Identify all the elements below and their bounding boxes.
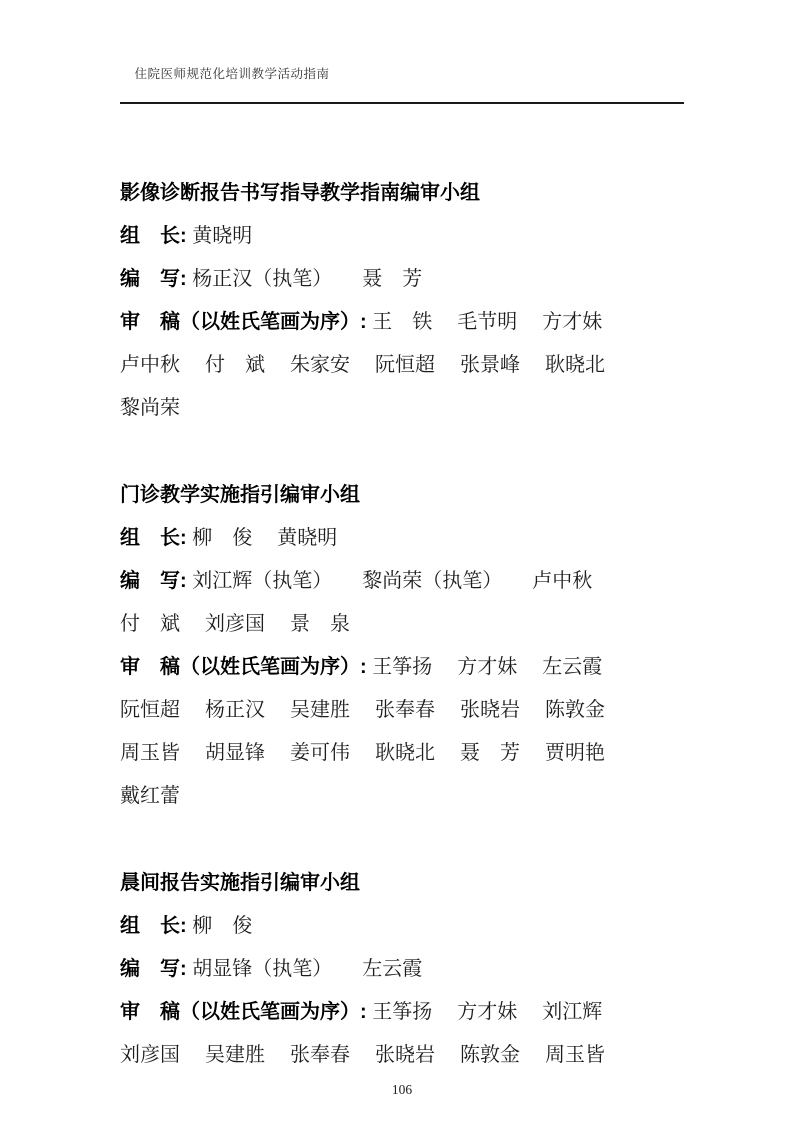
text-line: 刘彦国 吴建胜 张奉春 张晓岩 陈敦金 周玉皆 <box>120 1034 684 1077</box>
name-list: 周玉皆 胡显锋 姜可伟 耿晓北 聂 芳 贾明艳 <box>120 742 605 764</box>
role-label: 编 写: <box>120 958 192 980</box>
text-line: 审 稿（以姓氏笔画为序）: 王筝扬 方才妹 刘江辉 <box>120 991 684 1034</box>
name-list: 阮恒超 杨正汉 吴建胜 张奉春 张晓岩 陈敦金 <box>120 699 605 721</box>
name-list: 胡显锋（执笔） 左云霞 <box>192 958 422 980</box>
name-list: 黄晓明 <box>192 225 252 247</box>
name-list: 柳 俊 <box>192 915 252 937</box>
text-line: 组 长: 柳 俊 黄晓明 <box>120 517 684 560</box>
page-number: 106 <box>392 1082 412 1097</box>
role-label: 审 稿（以姓氏笔画为序）: <box>120 311 372 333</box>
section-title: 影像诊断报告书写指导教学指南编审小组 <box>120 172 684 215</box>
name-list: 刘江辉（执笔） 黎尚荣（执笔） 卢中秋 <box>192 570 592 592</box>
page-footer: 106 <box>120 1081 684 1099</box>
text-line: 组 长: 柳 俊 <box>120 905 684 948</box>
name-list: 戴红蕾 <box>120 785 180 807</box>
page-content: 影像诊断报告书写指导教学指南编审小组 组 长: 黄晓明 编 写: 杨正汉（执笔）… <box>120 104 684 1077</box>
text-line: 组 长: 黄晓明 <box>120 215 684 258</box>
text-line: 戴红蕾 <box>120 775 684 818</box>
name-list: 柳 俊 黄晓明 <box>192 527 337 549</box>
role-label: 审 稿（以姓氏笔画为序）: <box>120 1001 372 1023</box>
text-line: 编 写: 胡显锋（执笔） 左云霞 <box>120 948 684 991</box>
text-line: 卢中秋 付 斌 朱家安 阮恒超 张景峰 耿晓北 <box>120 344 684 387</box>
section-morning-report-guide: 晨间报告实施指引编审小组 组 长: 柳 俊 编 写: 胡显锋（执笔） 左云霞 审… <box>120 862 684 1077</box>
section-outpatient-teaching-guide: 门诊教学实施指引编审小组 组 长: 柳 俊 黄晓明 编 写: 刘江辉（执笔） 黎… <box>120 474 684 818</box>
role-label: 审 稿（以姓氏笔画为序）: <box>120 656 372 678</box>
section-imaging-report-guide: 影像诊断报告书写指导教学指南编审小组 组 长: 黄晓明 编 写: 杨正汉（执笔）… <box>120 172 684 430</box>
text-line: 审 稿（以姓氏笔画为序）: 王 铁 毛节明 方才妹 <box>120 301 684 344</box>
running-header-title: 住院医师规范化培训教学活动指南 <box>135 67 330 81</box>
text-line: 编 写: 刘江辉（执笔） 黎尚荣（执笔） 卢中秋 <box>120 560 684 603</box>
section-title: 晨间报告实施指引编审小组 <box>120 862 684 905</box>
name-list: 王 铁 毛节明 方才妹 <box>372 311 602 333</box>
role-label: 编 写: <box>120 268 192 290</box>
document-page: 住院医师规范化培训教学活动指南 影像诊断报告书写指导教学指南编审小组 组 长: … <box>0 0 800 1131</box>
name-list: 付 斌 刘彦国 景 泉 <box>120 613 350 635</box>
name-list: 王筝扬 方才妹 刘江辉 <box>372 1001 602 1023</box>
name-list: 卢中秋 付 斌 朱家安 阮恒超 张景峰 耿晓北 <box>120 354 605 376</box>
text-line: 阮恒超 杨正汉 吴建胜 张奉春 张晓岩 陈敦金 <box>120 689 684 732</box>
text-line: 黎尚荣 <box>120 387 684 430</box>
running-header: 住院医师规范化培训教学活动指南 <box>120 50 684 104</box>
role-label: 组 长: <box>120 915 192 937</box>
text-line: 周玉皆 胡显锋 姜可伟 耿晓北 聂 芳 贾明艳 <box>120 732 684 775</box>
name-list: 杨正汉（执笔） 聂 芳 <box>192 268 422 290</box>
role-label: 组 长: <box>120 225 192 247</box>
role-label: 编 写: <box>120 570 192 592</box>
section-title: 门诊教学实施指引编审小组 <box>120 474 684 517</box>
role-label: 组 长: <box>120 527 192 549</box>
name-list: 刘彦国 吴建胜 张奉春 张晓岩 陈敦金 周玉皆 <box>120 1044 605 1066</box>
text-line: 付 斌 刘彦国 景 泉 <box>120 603 684 646</box>
text-line: 审 稿（以姓氏笔画为序）: 王筝扬 方才妹 左云霞 <box>120 646 684 689</box>
text-line: 编 写: 杨正汉（执笔） 聂 芳 <box>120 258 684 301</box>
name-list: 王筝扬 方才妹 左云霞 <box>372 656 602 678</box>
name-list: 黎尚荣 <box>120 397 180 419</box>
